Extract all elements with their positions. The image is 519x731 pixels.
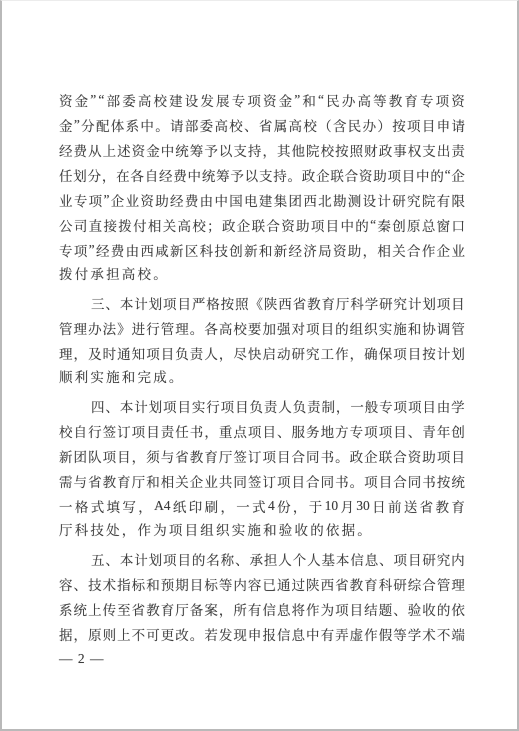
text-line: 拨付承担高校。: [59, 262, 465, 287]
document-content: 资金”“部委高校建设发展专项资金”和“民办高等教育专项资金”分配体系中。请部委高…: [59, 87, 465, 649]
text-line: 任划分，在各自经费中统筹予以支持。政企联合资助项目中的“企: [59, 162, 465, 187]
page-number: — 2 —: [59, 646, 105, 671]
text-line: 金”分配体系中。请部委高校、省属高校（含民办）按项目申请: [59, 112, 465, 137]
text-line: 厅科技处，作为项目组织实施和验收的依据。: [59, 518, 465, 543]
text-line: 系统上传至省教育厅备案，所有信息将作为项目结题、验收的依: [59, 596, 465, 621]
paragraph-1: 资金”“部委高校建设发展专项资金”和“民办高等教育专项资金”分配体系中。请部委高…: [59, 87, 465, 287]
document-page: 资金”“部委高校建设发展专项资金”和“民办高等教育专项资金”分配体系中。请部委高…: [0, 0, 519, 731]
text-line: 四、本计划项目实行项目负责人负责制，一般专项项目由学: [59, 393, 465, 418]
text-line: 公司直接拨付相关高校；政企联合资助项目中的“秦创原总窗口: [59, 212, 465, 237]
text-line: 业专项”企业资助经费由中国电建集团西北勘测设计研究院有限: [59, 187, 465, 212]
text-line: 理，及时通知项目负责人，尽快启动研究工作，确保项目按计划: [59, 340, 465, 365]
text-line: 五、本计划项目的名称、承担人个人基本信息、项目研究内: [59, 546, 465, 571]
text-line: 专项”经费由西咸新区科技创新和新经济局资助，相关合作企业: [59, 237, 465, 262]
text-line: 管理办法》进行管理。各高校要加强对项目的组织实施和协调管: [59, 315, 465, 340]
paragraph-3: 四、本计划项目实行项目负责人负责制，一般专项项目由学校自行签订项目责任书，重点项…: [59, 393, 465, 543]
paragraph-2: 三、本计划项目严格按照《陕西省教育厅科学研究计划项目管理办法》进行管理。各高校要…: [59, 290, 465, 390]
text-line: 校自行签订项目责任书，重点项目、服务地方专项项目、青年创: [59, 418, 465, 443]
text-line: 资金”“部委高校建设发展专项资金”和“民办高等教育专项资: [59, 87, 465, 112]
text-line: 需与省教育厅和相关企业共同签订项目合同书。项目合同书按统: [59, 468, 465, 493]
text-line: 一格式填写，A4纸印刷，一式4份，于10月30日前送省教育: [59, 493, 465, 518]
text-line: 顺利实施和完成。: [59, 365, 465, 390]
text-line: 容、技术指标和预期目标等内容已通过陕西省教育科研综合管理: [59, 571, 465, 596]
paragraph-4: 五、本计划项目的名称、承担人个人基本信息、项目研究内容、技术指标和预期目标等内容…: [59, 546, 465, 646]
text-line: 三、本计划项目严格按照《陕西省教育厅科学研究计划项目: [59, 290, 465, 315]
text-line: 经费从上述资金中统筹予以支持，其他院校按照财政事权支出责: [59, 137, 465, 162]
text-line: 新团队项目，须与省教育厅签订项目合同书。政企联合资助项目: [59, 443, 465, 468]
text-line: 据，原则上不可更改。若发现申报信息中有弄虚作假等学术不端: [59, 621, 465, 646]
